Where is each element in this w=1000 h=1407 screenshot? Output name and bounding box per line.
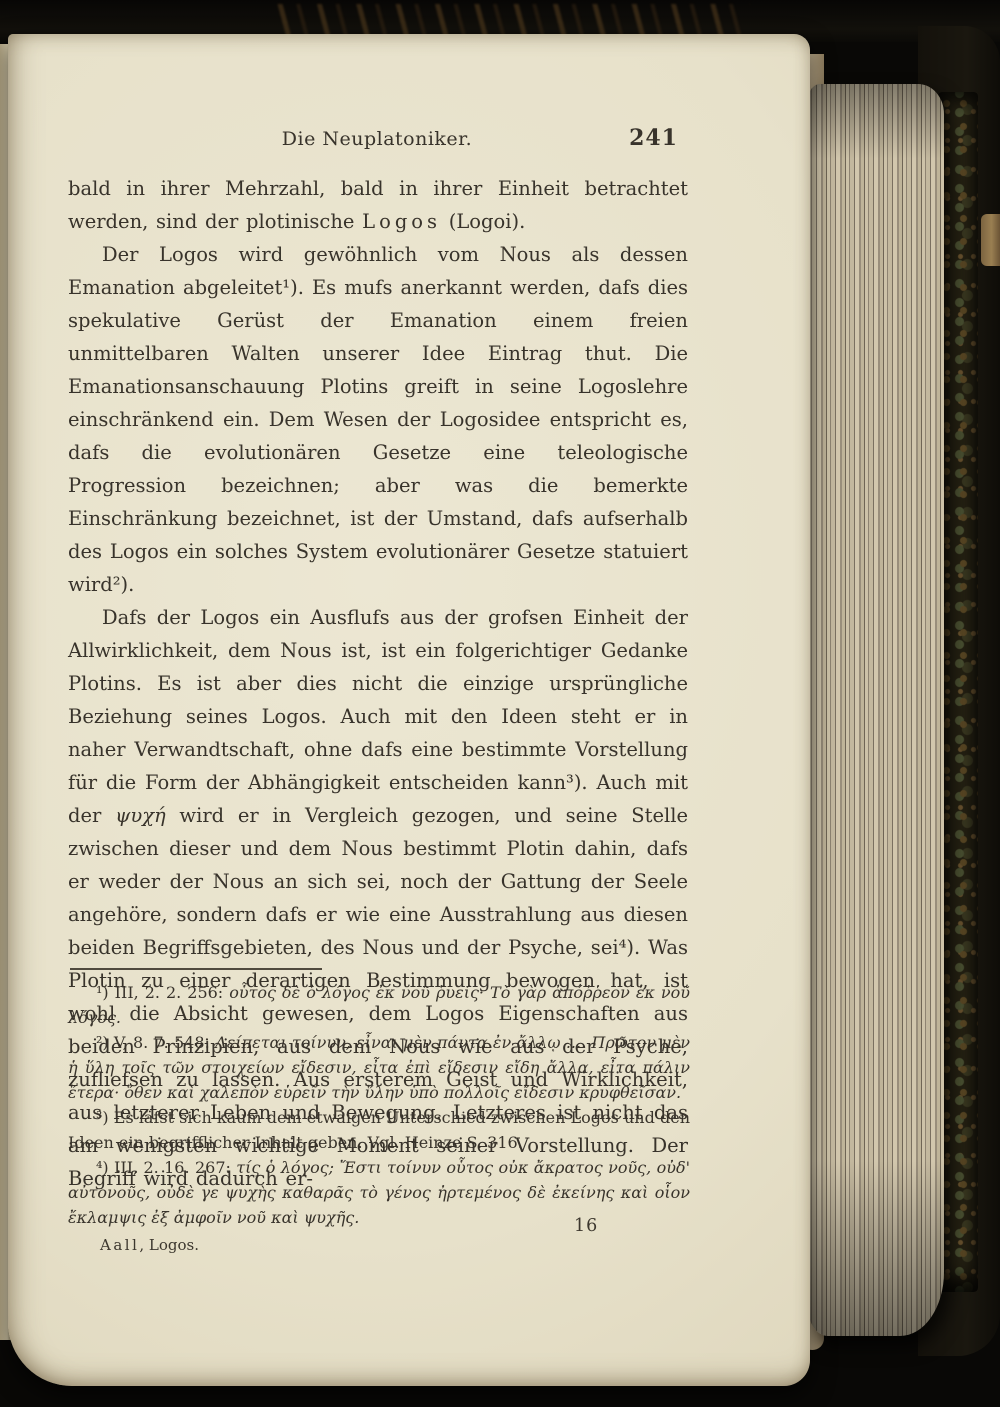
footnote-text: Es läfst sich kaum dem etwaigen Untersch…	[68, 1108, 690, 1152]
sheet-number: 16	[574, 1216, 598, 1236]
footnote-ref: ²)	[96, 1033, 114, 1052]
footnote-1: ¹) III, 2. 2. 256: οὗτος δὲ ὁ λόγος ἐκ ν…	[68, 980, 690, 1030]
signature-author: Aall	[100, 1236, 139, 1254]
printer-signature: Aall, Logos.	[100, 1236, 199, 1254]
book-top-edge-texture	[270, 4, 750, 38]
footnote-3: ³) Es läfst sich kaum dem etwaigen Unter…	[68, 1105, 690, 1155]
greek-term-psyche: ψυχή	[115, 804, 166, 827]
emphasized-term-logos: Logos	[362, 210, 441, 233]
fore-edge-page-stack	[808, 84, 944, 1336]
paragraph-continuation: bald in ihrer Mehrzahl, bald in ihrer Ei…	[68, 172, 688, 238]
footnote-ref: ¹)	[96, 983, 115, 1002]
footnote-citation: III, 2. 2. 256:	[115, 983, 230, 1002]
paragraph: Der Logos wird gewöhnlich vom Nous als d…	[68, 238, 688, 601]
signature-title: , Logos.	[139, 1236, 199, 1254]
paragraph-text: Dafs der Logos ein Ausflufs aus der grof…	[68, 606, 688, 827]
footnote-ref: ³)	[96, 1108, 114, 1127]
book-page: Die Neuplatoniker. 241 bald in ihrer Meh…	[8, 34, 810, 1386]
footnote-ref: ⁴)	[96, 1158, 114, 1177]
footnote-citation: V, 8. 7. 548:	[114, 1033, 215, 1052]
cover-wear-mark	[981, 214, 1000, 266]
chapter-title: Die Neuplatoniker.	[68, 128, 686, 150]
paragraph-text: (Logoi).	[441, 210, 525, 233]
footnote-2: ²) V, 8. 7. 548: Λείπεται τοίνυν, εἶναι …	[68, 1030, 690, 1105]
page-number: 241	[629, 125, 678, 151]
footnote-separator	[70, 968, 322, 970]
footnote-citation: III, 2. 16. 267:	[114, 1158, 236, 1177]
footnotes: ¹) III, 2. 2. 256: οὗτος δὲ ὁ λόγος ἐκ ν…	[68, 980, 690, 1230]
running-head: Die Neuplatoniker. 241	[68, 128, 686, 158]
marbled-cover-edge	[938, 92, 978, 1292]
